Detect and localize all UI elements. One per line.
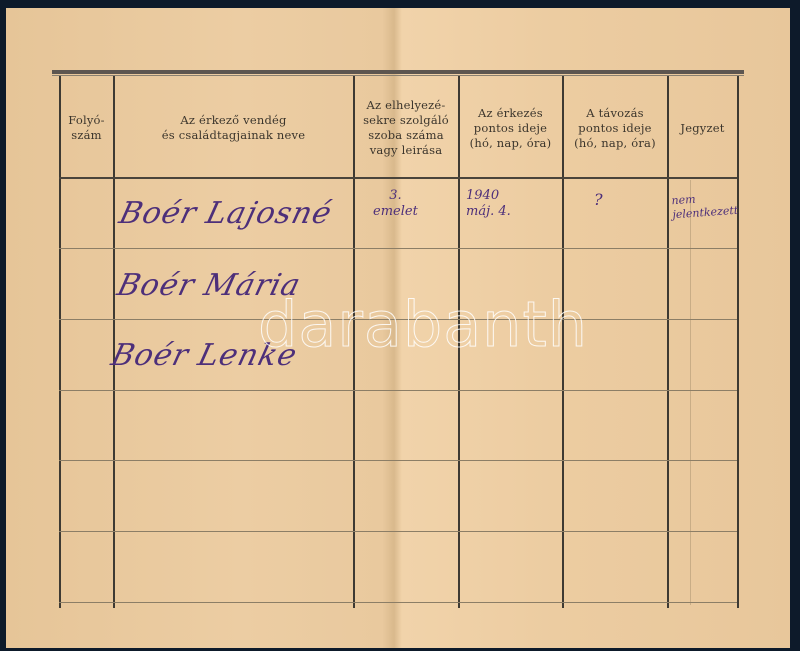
header-serial: Folyó- szám xyxy=(60,80,113,176)
header-note: Jegyzet xyxy=(668,80,737,176)
header-bottom-line xyxy=(59,177,737,179)
row-line xyxy=(59,531,737,532)
faint-guide-line xyxy=(690,180,691,605)
header-thin-rule xyxy=(52,75,744,76)
header-guest-names: Az érkező vendég és családtagjainak neve xyxy=(114,80,353,176)
row-line xyxy=(59,390,737,391)
column-line xyxy=(737,76,739,608)
room-value-1: 3. emelet xyxy=(373,188,418,220)
row-line xyxy=(59,460,737,461)
row-line xyxy=(59,248,737,249)
guest-name-1: Boér Lajosné xyxy=(116,196,336,231)
note-value-1: nem jelentkezett xyxy=(671,190,739,223)
arrival-value-1: 1940 máj. 4. xyxy=(466,188,511,220)
watermark: darabanth xyxy=(258,288,588,361)
departure-value-1: ? xyxy=(594,192,603,208)
header-room: Az elhelyezé- sekre szolgáló szoba száma… xyxy=(354,80,458,176)
row-line xyxy=(59,602,737,603)
header-departure: A távozás pontos ideje (hó, nap, óra) xyxy=(563,80,667,176)
header-thick-rule xyxy=(52,70,744,74)
header-arrival: Az érkezés pontos ideje (hó, nap, óra) xyxy=(459,80,562,176)
